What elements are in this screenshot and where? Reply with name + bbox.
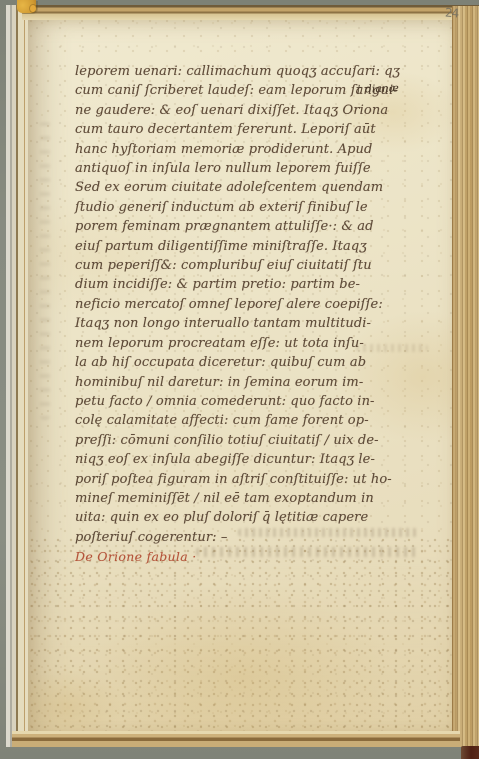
manuscript-text-line: uita: quin ex eo pluſ doloriſ q̄ lętitiæ… — [75, 508, 375, 527]
manuscript-text-line: hominibuſ nil daretur: in ſemina eorum i… — [75, 373, 375, 392]
manuscript-text-line: nem leporum procreatam eſſe: ut tota inſ… — [75, 334, 375, 353]
bleedthrough-smudge — [40, 120, 50, 420]
manuscript-text-line: dium incidiſſe: & partim pretio: partim … — [75, 275, 375, 294]
manuscript-text-line: ne gaudere: & eoſ uenari dixiſſet. Itaqʒ… — [75, 101, 375, 120]
manuscript-text-line: cum tauro decertantem fererunt. Leporiſ … — [75, 120, 375, 139]
cover-corner — [461, 746, 479, 759]
manuscript-text-line: ſtudio generiſ inductum ab exteriſ finib… — [75, 198, 375, 217]
manuscript-text-line: mineſ meminiſſēt / nil eē tam exoptandum… — [75, 489, 375, 508]
bleedthrough-smudge — [196, 547, 418, 557]
manuscript-text-line: leporem uenari: callimachum quoqʒ accuſa… — [75, 62, 375, 81]
bleedthrough-smudge — [238, 528, 418, 537]
manuscript-text-line: antiquoſ in inſula lero nullum leporem f… — [75, 159, 375, 178]
manuscript-text-line: niqʒ eoſ ex inſula abegiſſe dicuntur: It… — [75, 450, 375, 469]
manuscript-text-line: hanc hyſtoriam memoriæ prodiderunt. Apud — [75, 140, 375, 159]
manuscript-text-line: Sed ex eorum ciuitate adoleſcentem quend… — [75, 178, 375, 197]
manuscript-text-line: Itaqʒ non longo interuallo tantam multit… — [75, 314, 375, 333]
page-bottom-edge — [12, 731, 460, 747]
folio-number: 24 — [445, 6, 459, 21]
page-text-block: leporem uenari: callimachum quoqʒ accuſa… — [75, 62, 375, 567]
manuscript-text-line: preſſi: cōmuni conſilio totiuſ ciuitatiſ… — [75, 431, 375, 450]
manuscript-text-line: colę calamitate affecti: cum fame forent… — [75, 411, 375, 430]
bleedthrough-smudge — [356, 344, 428, 352]
manuscript-text-line: porem feminam prægnantem attuliſſe·: & a… — [75, 217, 375, 236]
manuscript-text-line: poriſ poſtea figuram in aſtriſ conſtitui… — [75, 470, 375, 489]
bookmark-tab-detail — [30, 5, 36, 12]
manuscript-text-line: cum caniſ ſcriberet laudeſ: eam leporum … — [75, 81, 375, 100]
manuscript-photo: 24 leporem uenari: callimachum quoqʒ acc… — [0, 0, 479, 759]
manuscript-text-line: eiuſ partum diligentiſſime miniſtraſſe. … — [75, 237, 375, 256]
manuscript-text-lines: leporem uenari: callimachum quoqʒ accuſa… — [75, 62, 375, 547]
bookmark-tab — [17, 0, 36, 13]
fore-edge-page-stack — [452, 6, 479, 747]
page-top-edge — [22, 5, 479, 20]
manuscript-text-line: la ab hiſ occupata diceretur: quibuſ cum… — [75, 353, 375, 372]
manuscript-text-line: neficio mercatoſ omneſ leporeſ alere coe… — [75, 295, 375, 314]
manuscript-text-line: petu facto / omnia comederunt: quo facto… — [75, 392, 375, 411]
manuscript-text-line: cum peperiſſ&: compluribuſ eiuſ ciuitati… — [75, 256, 375, 275]
margin-note: † dianæ — [356, 82, 399, 95]
